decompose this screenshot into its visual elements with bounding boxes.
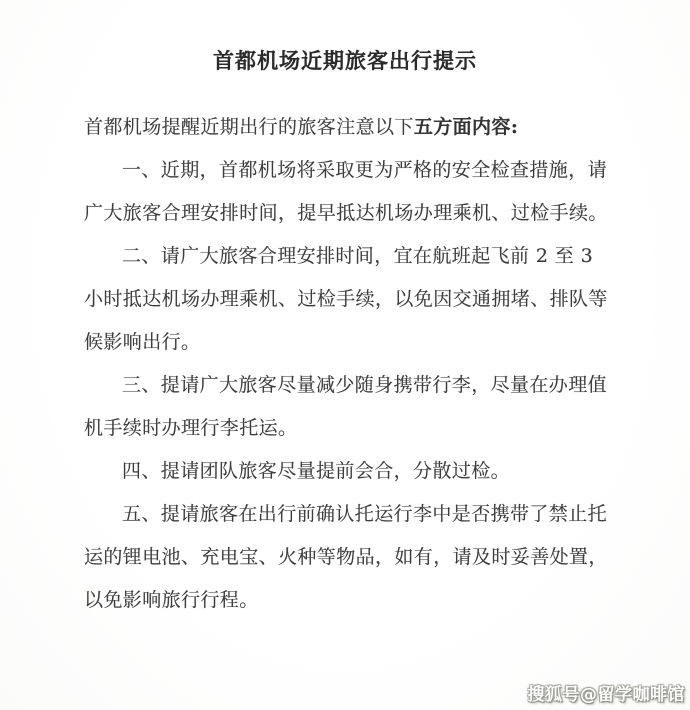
- paragraph-item-5: 五、提请旅客在出行前确认托运行李中是否携带了禁止托运的锂电池、充电宝、火种等物品…: [84, 493, 616, 622]
- paragraph-item-4: 四、提请团队旅客尽量提前会合，分散过检。: [84, 450, 616, 493]
- document-title: 首都机场近期旅客出行提示: [0, 46, 690, 76]
- intro-text: 首都机场提醒近期出行的旅客注意以下: [84, 116, 414, 138]
- intro-bold-text: 五方面内容:: [414, 116, 518, 138]
- paragraph-item-3: 三、提请广大旅客尽量减少随身携带行李，尽量在办理值机手续时办理行李托运。: [84, 364, 616, 450]
- paragraph-item-1: 一、近期，首都机场将采取更为严格的安全检查措施，请广大旅客合理安排时间，提早抵达…: [84, 149, 616, 235]
- document-body: 首都机场提醒近期出行的旅客注意以下五方面内容: 一、近期，首都机场将采取更为严格…: [84, 106, 616, 622]
- paragraph-item-2: 二、请广大旅客合理安排时间，宜在航班起飞前 2 至 3 小时抵达机场办理乘机、过…: [84, 235, 616, 364]
- intro-paragraph: 首都机场提醒近期出行的旅客注意以下五方面内容:: [84, 106, 616, 149]
- watermark-sohu-badge: 搜狐号@留学咖啡馆: [528, 680, 686, 705]
- document-page: 首都机场近期旅客出行提示 首都机场提醒近期出行的旅客注意以下五方面内容: 一、近…: [0, 0, 690, 710]
